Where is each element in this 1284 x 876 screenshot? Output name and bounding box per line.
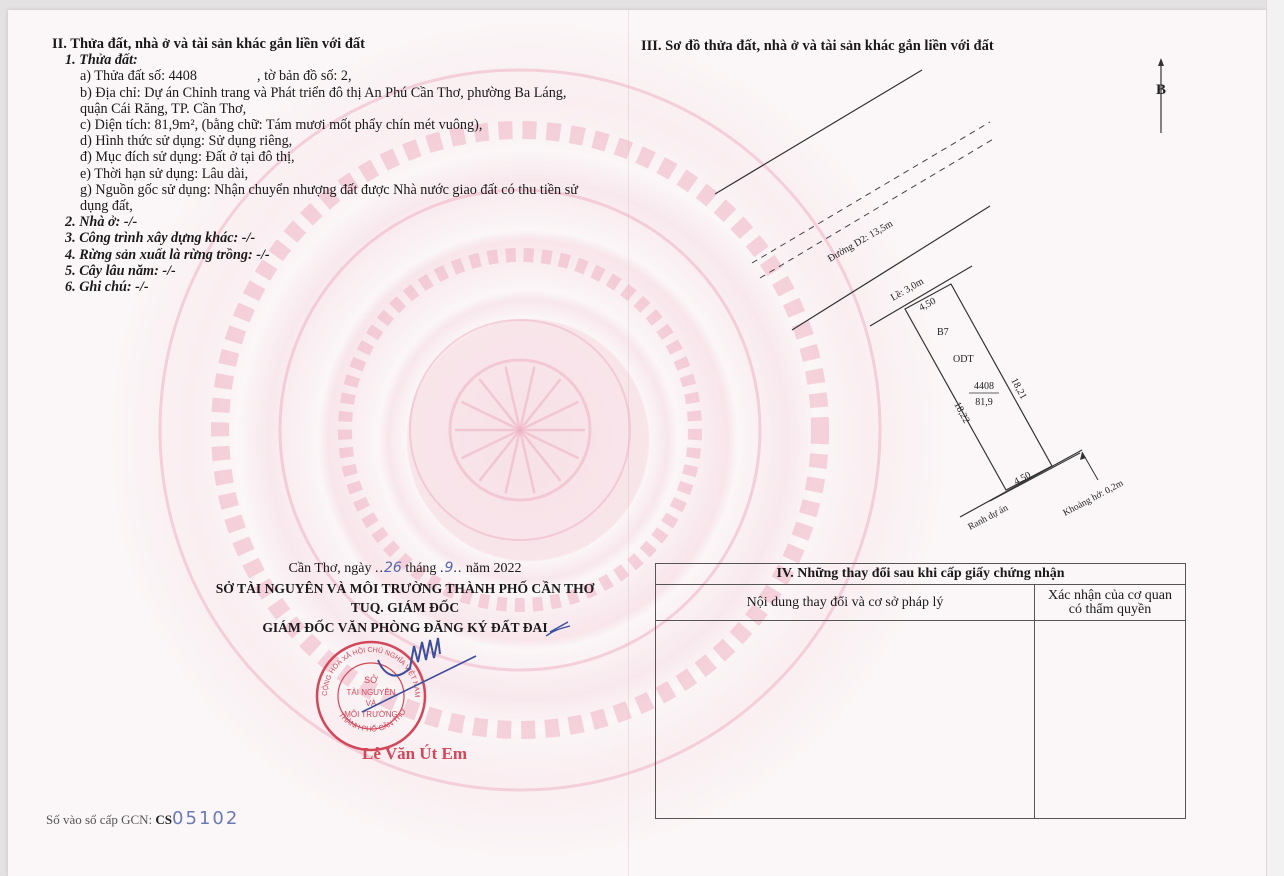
project-boundary-label: Ranh dự án	[967, 503, 1010, 532]
changes-confirm-cell	[1035, 621, 1186, 819]
parcel-line: a) Thửa đất số: 4408, tờ bản đồ số: 2,	[52, 68, 622, 84]
address-line-2: quận Cái Răng, TP. Cần Thơ,	[52, 101, 622, 117]
road-centerline-2	[760, 138, 995, 278]
changes-content-cell	[656, 621, 1035, 819]
issue-date: Cần Thơ, ngày ..26 tháng .9.. năm 2022	[200, 559, 610, 579]
month-dots-2: ..	[453, 561, 462, 576]
handwritten-signature	[340, 620, 580, 730]
usage-purpose: đ) Mục đích sử dụng: Đất ở tại đô thị,	[52, 149, 622, 165]
address-line-1: b) Địa chỉ: Dự án Chỉnh trang và Phát tr…	[52, 85, 622, 101]
area: c) Diện tích: 81,9m², (bằng chữ: Tám mươ…	[52, 117, 622, 133]
right-side-length: 18,21	[1008, 376, 1028, 401]
sidewalk-label: Lề: 3,0m	[889, 276, 926, 304]
registration-number: Số vào sổ cấp GCN: CS05102	[46, 808, 239, 829]
production-forest: 4. Rừng sản xuất là rừng trồng: -/-	[52, 247, 622, 263]
section-iv-title: IV. Những thay đổi sau khi cấp giấy chứn…	[656, 564, 1186, 585]
north-arrowhead-icon	[1158, 58, 1164, 66]
house: 2. Nhà ở: -/-	[52, 214, 622, 230]
day-handwritten: 26	[384, 560, 402, 576]
road-edge-top	[715, 70, 922, 194]
registration-prefix: CS	[155, 812, 172, 827]
registration-label: Số vào sổ cấp GCN:	[46, 812, 152, 827]
registration-number-handwritten: 05102	[172, 808, 239, 829]
tuq-line: TUQ. GIÁM ĐỐC	[200, 598, 610, 618]
issuing-org: SỞ TÀI NGUYÊN VÀ MÔI TRƯỜNG THÀNH PHỐ CẦ…	[200, 579, 610, 599]
front-width: 4,50	[917, 296, 938, 314]
road-label: Đường D2: 13,5m	[826, 218, 895, 264]
road-centerline-1	[752, 122, 990, 263]
section-ii-title: II. Thửa đất, nhà ở và tài sản khác gắn …	[52, 36, 622, 52]
day-dots: ..	[375, 561, 384, 576]
col-confirm-header: Xác nhận của cơ quan có thẩm quyền	[1035, 585, 1186, 621]
origin-line-2: dụng đất,	[52, 198, 622, 214]
date-prefix: Cần Thơ, ngày	[289, 561, 372, 576]
left-side-length: 18,22	[951, 400, 971, 425]
year: năm 2022	[466, 561, 522, 576]
perennial-trees: 5. Cây lâu năm: -/-	[52, 263, 622, 279]
back-width: 4,50	[1012, 470, 1033, 488]
north-label: B	[1156, 82, 1166, 98]
changes-table: IV. Những thay đổi sau khi cấp giấy chứn…	[655, 563, 1186, 819]
parcel-number-label: 4408	[974, 381, 994, 392]
parcel-number: a) Thửa đất số: 4408	[80, 68, 197, 84]
usage-term: e) Thời hạn sử dụng: Lâu dài,	[52, 166, 622, 182]
signer-name: Lê Văn Út Em	[362, 744, 467, 764]
setback-label: Khoảng hở: 0,2m	[1062, 478, 1126, 518]
sidewalk-edge	[870, 266, 972, 326]
other-construction: 3. Công trình xây dựng khác: -/-	[52, 230, 622, 246]
land-type: ODT	[953, 354, 974, 365]
land-heading: 1. Thửa đất:	[52, 52, 622, 68]
col-content-header: Nội dung thay đổi và cơ sở pháp lý	[656, 585, 1035, 621]
col-confirm-line-1: Xác nhận của cơ quan	[1035, 589, 1185, 603]
map-sheet: , tờ bản đồ số: 2,	[257, 68, 352, 84]
notes: 6. Ghi chú: -/-	[52, 279, 622, 295]
usage-form: d) Hình thức sử dụng: Sử dụng riêng,	[52, 133, 622, 149]
land-info-section: II. Thửa đất, nhà ở và tài sản khác gắn …	[52, 36, 622, 295]
boundary-inner-line	[990, 453, 1080, 501]
origin-line-1: g) Nguồn gốc sử dụng: Nhận chuyển nhượng…	[52, 182, 622, 198]
parcel-area-label: 81,9	[975, 397, 993, 408]
block-label: B7	[937, 327, 949, 338]
col-confirm-line-2: có thẩm quyền	[1035, 603, 1185, 617]
parcel-diagram: B Đường D2: 13,5m Lề: 3,0m 4,50 B7 ODT 4…	[630, 40, 1250, 560]
month-word: tháng	[405, 561, 436, 576]
